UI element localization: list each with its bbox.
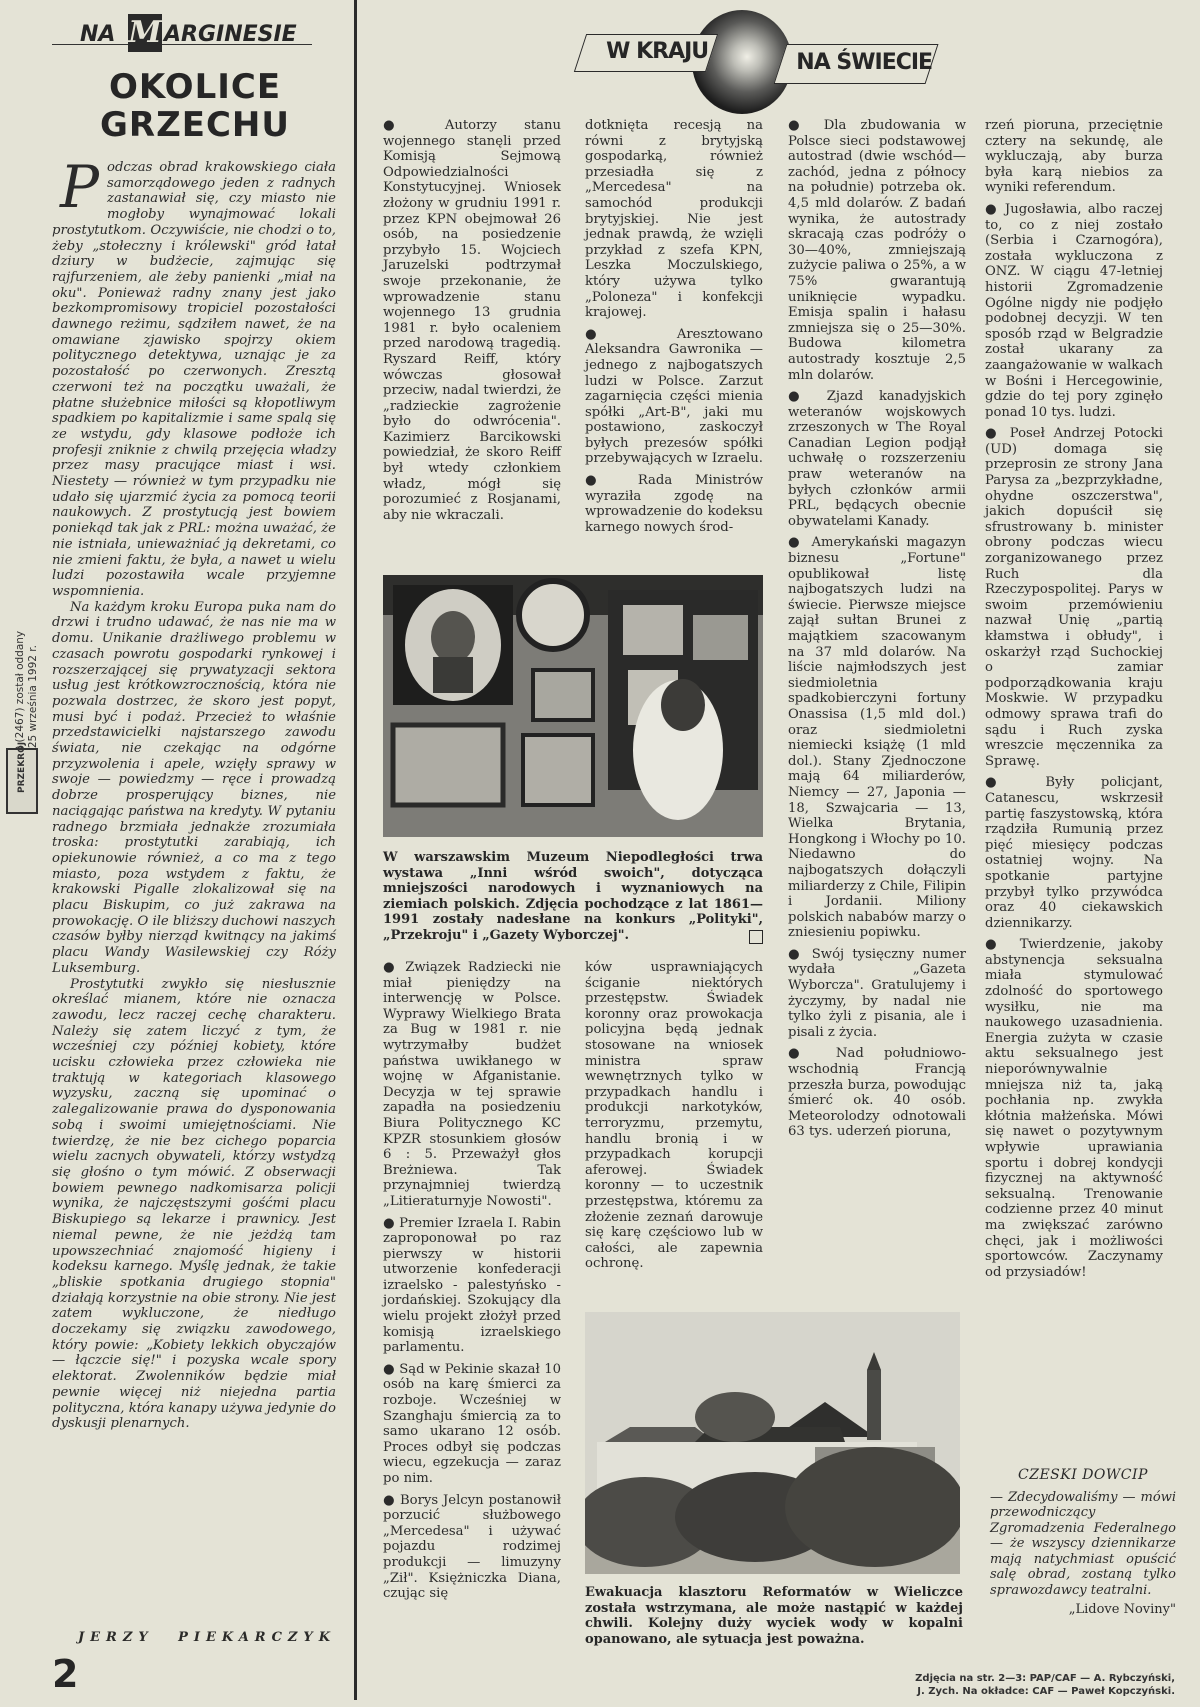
section-label-m-block: M [128, 14, 162, 52]
page-number: 2 [52, 1652, 78, 1696]
news-item: ● Sąd w Pekinie skazał 10 osób na karę ś… [383, 1362, 561, 1487]
news-item: ● Były policjant, Catanescu, wskrzesił p… [985, 775, 1163, 931]
monastery-photo-image [585, 1312, 960, 1574]
przekroj-logo: PRZEKRÓJ [6, 748, 38, 814]
news-column-2: dotknięta recesją na równi z brytyjską g… [585, 118, 763, 541]
section-label-left: W KRAJU [582, 35, 712, 64]
author-byline: JERZY PIEKARCZYK [78, 1630, 336, 1645]
news-column-2-lower: ków usprawniających ściganie niektórych … [585, 960, 763, 1278]
news-item: ● Premier Izraela I. Rabin zaproponował … [383, 1216, 561, 1356]
drop-cap: P [60, 164, 99, 210]
section-header-w-kraju-na-swiecie: W KRAJU NA ŚWIECIE [580, 10, 960, 110]
article-paragraph: Prostytutki zwykło się niesłusznie okreś… [52, 977, 336, 1432]
photo-monastery-wieliczka [585, 1312, 960, 1574]
news-item: ● Dla zbudowania w Polsce sieci podstawo… [788, 118, 966, 383]
news-item: ● Poseł Andrzej Potocki (UD) domaga się … [985, 426, 1163, 769]
news-item: ● Swój tysięczny numer wydała „Gazeta Wy… [788, 947, 966, 1041]
news-item: ● Aresztowano Aleksandra Gawronika — jed… [585, 327, 763, 467]
news-item: rzeń pioruna, przeciętnie cztery na seku… [985, 118, 1163, 196]
joke-title: CZESKI DOWCIP [990, 1468, 1176, 1484]
author-last-name: PIEKARCZYK [178, 1630, 336, 1645]
joke-text: — Zdecydowaliśmy — mówi przewodniczący Z… [990, 1490, 1176, 1599]
label-box-right: NA ŚWIECIE [774, 44, 939, 84]
article-paragraph: Na każdym kroku Europa puka nam do drzwi… [52, 600, 336, 977]
credits-line-2: J. Zych. Na okładce: CAF — Paweł Kopczyń… [600, 1685, 1175, 1698]
news-item: ● Amerykański magazyn biznesu „Fortune" … [788, 535, 966, 940]
news-item: ● Rada Ministrów wyraziła zgodę na wprow… [585, 473, 763, 535]
editorial-article: Podczas obrad krakowskiego ciała samorzą… [52, 160, 336, 1432]
news-item: ● Twierdzenie, jakoby abstynencja seksua… [985, 937, 1163, 1280]
news-item: ● Zjazd kanadyjskich weteranów wojskowyc… [788, 389, 966, 529]
photo-museum-exhibition [383, 575, 763, 837]
section-label-pre: NA [80, 22, 115, 47]
author-first-name: JERZY [78, 1630, 154, 1645]
headline-line-2: GRZECHU [60, 106, 330, 144]
headline-line-1: OKOLICE [60, 68, 330, 106]
news-column-1-lower: ● Związek Radziecki nie miał pieniędzy n… [383, 960, 561, 1608]
end-mark-icon [749, 930, 763, 944]
news-column-1: ● Autorzy stanu wojennego stanęli przed … [383, 118, 561, 529]
news-item: dotknięta recesją na równi z brytyjską g… [585, 118, 763, 321]
museum-photo-image [383, 575, 763, 837]
section-label-right: NA ŚWIECIE [782, 45, 932, 75]
article-paragraph: Podczas obrad krakowskiego ciała samorzą… [52, 160, 336, 600]
news-item: ● Borys Jelcyn postanowił porzucić służb… [383, 1493, 561, 1602]
credits-line-1: Zdjęcia na str. 2—3: PAP/CAF — A. Rybczy… [600, 1672, 1175, 1685]
photo-caption-museum: W warszawskim Muzeum Niepodległości trwa… [383, 850, 763, 944]
article-headline: OKOLICE GRZECHU [60, 68, 330, 144]
news-item: ków usprawniających ściganie niektórych … [585, 960, 763, 1272]
news-item: ● Nad południowo-wschodnią Francją przes… [788, 1046, 966, 1140]
czech-joke-box: CZESKI DOWCIP — Zdecydowaliśmy — mówi pr… [990, 1468, 1176, 1618]
news-item: ● Autorzy stanu wojennego stanęli przed … [383, 118, 561, 523]
news-item: ● Związek Radziecki nie miał pieniędzy n… [383, 960, 561, 1210]
news-column-4: rzeń pioruna, przeciętnie cztery na seku… [985, 118, 1163, 1286]
section-header-na-marginesie: NA M ARGINESIE [52, 14, 312, 54]
label-box-left: W KRAJU [574, 34, 718, 72]
column-divider [354, 0, 357, 1700]
news-item: ● Jugosławia, albo raczej to, co z niej … [985, 202, 1163, 420]
news-column-3: ● Dla zbudowania w Polsce sieci podstawo… [788, 118, 966, 1146]
section-label-post: ARGINESIE [164, 22, 297, 47]
joke-source: „Lidove Noviny" [990, 1602, 1176, 1618]
photo-caption-monastery: Ewakuacja klasztoru Reformatów w Wielicz… [585, 1585, 963, 1647]
photo-credits: Zdjęcia na str. 2—3: PAP/CAF — A. Rybczy… [600, 1672, 1175, 1698]
